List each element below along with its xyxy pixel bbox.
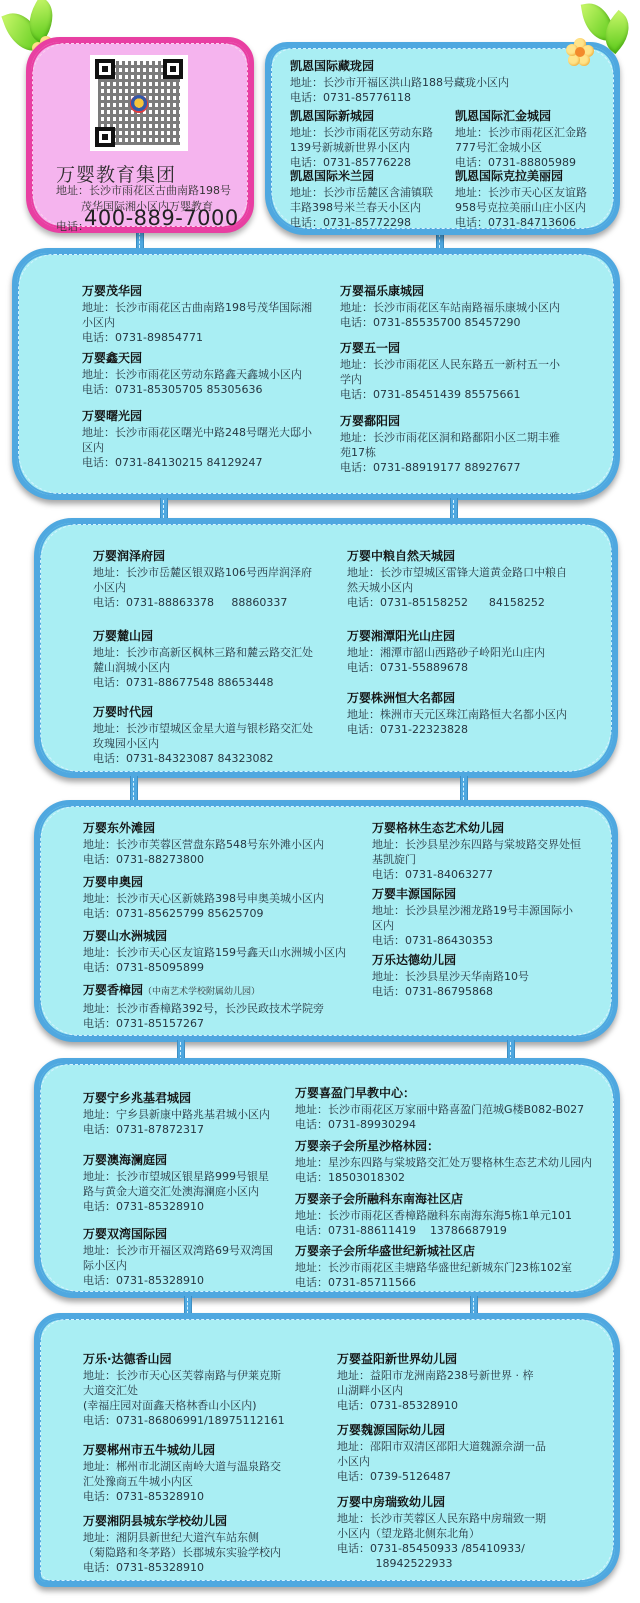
entry-address: 地址：长沙市雨花区劳动东路	[290, 125, 433, 140]
entry-address: 区内	[372, 918, 573, 933]
entry-address: 小区内	[93, 580, 312, 595]
kindergarten-entry: 凯恩国际汇金城园 地址：长沙市雨花区汇金路 777号汇金城小区 电话：0731-…	[455, 108, 587, 170]
entry-name: 万婴澳海澜庭园	[83, 1152, 269, 1168]
entry-phone: 电话：0731-85535700 85457290	[340, 315, 560, 330]
entry-address: 地址：长沙市开福区洪山路188号藏珑小区内	[290, 75, 509, 90]
kindergarten-entry: 万婴山水洲城园 地址：长沙市天心区友谊路159号鑫天山水洲城小区内 电话：073…	[83, 928, 346, 975]
entry-address: 地址：郴州市北湖区南岭大道与温泉路交	[83, 1459, 281, 1474]
entry-phone: 电话：0731-85328910	[337, 1398, 533, 1413]
entry-phone: 电话：0731-85157267	[83, 1016, 324, 1031]
entry-address: 地址：长沙市岳麓区银双路106号西岸润泽府	[93, 565, 312, 580]
kindergarten-entry: 万婴株洲恒大名都园 地址：株洲市天元区珠江南路恒大名都小区内 电话：0731-2…	[347, 690, 567, 737]
org-name: 万婴教育集团	[56, 160, 176, 187]
entry-name: 万婴宁乡兆基君城园	[83, 1090, 270, 1106]
entry-address: 然天城小区内	[347, 580, 567, 595]
kindergarten-entry: 万婴润泽府园 地址：长沙市岳麓区银双路106号西岸润泽府 小区内 电话：0731…	[93, 548, 312, 610]
entry-phone: 电话：0731-85625799 85625709	[83, 906, 324, 921]
entry-address: 地址：星沙东四路与棠坡路交汇处万婴格林生态艺术幼儿园内	[295, 1155, 592, 1170]
entry-name: 万婴湘潭阳光山庄园	[347, 628, 545, 644]
entry-name: 凯恩国际新城园	[290, 108, 433, 124]
kindergarten-entry: 万婴双湾国际园 地址：长沙市开福区双湾路69号双湾国 际小区内 电话：0731-…	[83, 1226, 273, 1288]
kindergarten-entry: 万婴麓山园 地址：长沙市高新区枫林三路和麓云路交汇处 麓山润城小区内 电话：07…	[93, 628, 313, 690]
entry-name: 万婴香樟园	[83, 983, 143, 997]
entry-address: 地址：长沙市天心区芙蓉南路与伊莱克斯	[83, 1368, 285, 1383]
org-phone: 400-889-7000	[84, 206, 239, 230]
entry-address: 地址：长沙市雨花区劳动东路鑫天鑫城小区内	[82, 367, 302, 382]
entry-name: 万婴湘阴县城东学校幼儿园	[83, 1513, 281, 1529]
entry-name: 万婴鄱阳园	[340, 413, 560, 429]
entry-address: 小区内（望龙路北侧东北角）	[337, 1526, 546, 1541]
kindergarten-entry: 万乐·达德香山园 地址：长沙市天心区芙蓉南路与伊莱克斯 大道交汇处 (幸福庄园对…	[83, 1351, 285, 1428]
kindergarten-entry: 万婴魏源国际幼儿园 地址：邵阳市双清区邵阳大道魏源佘湖一品 小区内 电话：073…	[337, 1422, 546, 1484]
entry-address: 地址：长沙市雨花区车站南路福乐康城小区内	[340, 300, 560, 315]
entry-phone: 电话：0731-85305705 85305636	[82, 382, 302, 397]
entry-phone: 电话：0731-85095899	[83, 960, 346, 975]
entry-name: 万婴东外滩园	[83, 820, 324, 836]
entry-name: 万婴喜盈门早教中心：	[295, 1085, 584, 1101]
entry-address: 地址：长沙市雨花区汇金路	[455, 125, 587, 140]
entry-address: 777号汇金城小区	[455, 140, 587, 155]
kindergarten-entry: 万婴湘阴县城东学校幼儿园 地址：湘阴县新世纪大道汽车站东侧 （菊隐路和冬茅路）长…	[83, 1513, 281, 1575]
entry-address: 地址：长沙市雨花区万家丽中路喜盈门范城G楼B082-B027	[295, 1102, 584, 1117]
entry-address: 地址：长沙市望城区雷锋大道黄金路口中粮自	[347, 565, 567, 580]
entry-phone: 电话：0731-88677548 88653448	[93, 675, 313, 690]
entry-address: 麓山润城小区内	[93, 660, 313, 675]
entry-address: 地址：长沙市望城区金星大道与银杉路交汇处	[93, 721, 313, 736]
entry-phone: 电话：0731-84713606	[455, 215, 587, 230]
flower-icon	[566, 38, 594, 66]
entry-address: 地址：长沙市天心区友谊路159号鑫天山水洲城小区内	[83, 945, 346, 960]
entry-address: 基凯旋门	[372, 852, 581, 867]
entry-phone: 电话：0731-88273800	[83, 852, 324, 867]
entry-address: 学内	[340, 372, 560, 387]
entry-name: 万婴郴州市五牛城幼儿园	[83, 1442, 281, 1458]
kindergarten-entry: 万乐达德幼儿园 地址：长沙县星沙天华南路10号 电话：0731-86795868	[372, 952, 529, 999]
logo-icon	[130, 95, 148, 113]
entry-name: 万婴鑫天园	[82, 350, 302, 366]
kindergarten-entry: 万婴喜盈门早教中心： 地址：长沙市雨花区万家丽中路喜盈门范城G楼B082-B02…	[295, 1085, 584, 1132]
entry-address: 大道交汇处	[83, 1383, 285, 1398]
entry-name: 万婴益阳新世界幼儿园	[337, 1351, 533, 1367]
entry-address: 地址：长沙市香樟路392号，长沙民政技术学院旁	[83, 1001, 324, 1016]
entry-phone: 电话：0739-5126487	[337, 1469, 546, 1484]
entry-address: 139号新城新世界小区内	[290, 140, 433, 155]
entry-address: 地址：长沙市雨花区曙光中路248号曙光大邸小	[82, 425, 312, 440]
entry-address: 地址：长沙市雨花区圭塘路华盛世纪新城东门23栋102室	[295, 1260, 572, 1275]
entry-address: 地址：长沙县星沙湘龙路19号丰源国际小	[372, 903, 573, 918]
entry-address: 地址：长沙市望城区银星路999号银星	[83, 1169, 269, 1184]
entry-note: （中南艺术学校附属幼儿园）	[143, 987, 260, 997]
entry-address: 小区内	[337, 1454, 546, 1469]
panel-connector	[136, 230, 144, 250]
entry-name: 凯恩国际克拉美丽园	[455, 168, 587, 184]
entry-phone: 电话：18503018302	[295, 1170, 592, 1185]
kindergarten-entry: 万婴曙光园 地址：长沙市雨花区曙光中路248号曙光大邸小 区内 电话：0731-…	[82, 408, 312, 470]
entry-address: 地址：长沙市雨花区香樟路融科东南海东海5栋1单元101	[295, 1208, 572, 1223]
kindergarten-entry: 万婴亲子会所星沙格林园： 地址：星沙东四路与棠坡路交汇处万婴格林生态艺术幼儿园内…	[295, 1138, 592, 1185]
entry-address: 路与黄金大道交汇处澳海澜庭小区内	[83, 1184, 269, 1199]
entry-name: 万婴亲子会所星沙格林园：	[295, 1138, 592, 1154]
entry-name: 万婴曙光园	[82, 408, 312, 424]
entry-phone: 电话：0731-86806991/18975112161	[83, 1413, 285, 1428]
entry-phone: 电话：0731-85328910	[83, 1560, 281, 1575]
entry-name: 万婴五一园	[340, 340, 560, 356]
entry-name: 万婴润泽府园	[93, 548, 312, 564]
entry-name: 万婴亲子会所华盛世纪新城社区店	[295, 1243, 572, 1259]
entry-address: 丰路398号米兰春天小区内	[290, 200, 433, 215]
kindergarten-entry: 万婴郴州市五牛城幼儿园 地址：郴州市北湖区南岭大道与温泉路交 汇处豫商五牛城小内…	[83, 1442, 281, 1504]
entry-address: 958号克拉美丽山庄小区内	[455, 200, 587, 215]
entry-address: 地址：株洲市天元区珠江南路恒大名都小区内	[347, 707, 567, 722]
entry-phone: 电话：0731-84130215 84129247	[82, 455, 312, 470]
entry-name: 万婴双湾国际园	[83, 1226, 273, 1242]
kindergarten-entry: 万婴中房瑞致幼儿园 地址：长沙市芙蓉区人民东路中房瑞致一期 小区内（望龙路北侧东…	[337, 1494, 546, 1571]
entry-phone: 18942522933	[337, 1556, 546, 1571]
entry-name: 万婴中粮自然天城园	[347, 548, 567, 564]
entry-address: 地址：长沙市天心区新姚路398号申奥美城小区内	[83, 891, 324, 906]
entry-address: 地址：邵阳市双清区邵阳大道魏源佘湖一品	[337, 1439, 546, 1454]
entry-phone: 电话：0731-85451439 85575661	[340, 387, 560, 402]
entry-phone: 电话：0731-86795868	[372, 984, 529, 999]
entry-phone: 电话：0731-22323828	[347, 722, 567, 737]
kindergarten-entry: 凯恩国际米兰园 地址：长沙市岳麓区含浦镇联 丰路398号米兰春天小区内 电话：0…	[290, 168, 433, 230]
entry-phone: 电话：0731-85450933 /85410933/	[337, 1541, 546, 1556]
kindergarten-entry: 万婴益阳新世界幼儿园 地址：益阳市龙洲南路238号新世界 · 梓 山湖畔小区内 …	[337, 1351, 533, 1413]
entry-address: (幸福庄园对面鑫天格林香山小区内)	[83, 1398, 285, 1413]
kindergarten-entry: 万婴时代园 地址：长沙市望城区金星大道与银杉路交汇处 玫瑰园小区内 电话：073…	[93, 704, 313, 766]
entry-address: 地址：长沙市雨花区人民东路五一新村五一小	[340, 357, 560, 372]
entry-name: 万婴魏源国际幼儿园	[337, 1422, 546, 1438]
entry-name: 万乐达德幼儿园	[372, 952, 529, 968]
entry-address: 地址：长沙市开福区双湾路69号双湾国	[83, 1243, 273, 1258]
entry-phone: 电话：0731-84323087 84323082	[93, 751, 313, 766]
entry-name: 万乐·达德香山园	[83, 1351, 285, 1367]
entry-address: 山湖畔小区内	[337, 1383, 533, 1398]
entry-name: 万婴时代园	[93, 704, 313, 720]
entry-phone: 电话：0731-85328910	[83, 1489, 281, 1504]
kindergarten-entry: 万婴香樟园（中南艺术学校附属幼儿园） 地址：长沙市香樟路392号，长沙民政技术学…	[83, 982, 324, 1031]
entry-address: 区内	[82, 440, 312, 455]
kindergarten-entry: 万婴中粮自然天城园 地址：长沙市望城区雷锋大道黄金路口中粮自 然天城小区内 电话…	[347, 548, 567, 610]
entry-address: 地址：益阳市龙洲南路238号新世界 · 梓	[337, 1368, 533, 1383]
kindergarten-entry: 万婴鄱阳园 地址：长沙市雨花区洞和路鄱阳小区二期丰雅 苑17栋 电话：0731-…	[340, 413, 560, 475]
kindergarten-entry: 凯恩国际克拉美丽园 地址：长沙市天心区友谊路 958号克拉美丽山庄小区内 电话：…	[455, 168, 587, 230]
entry-address: 汇处豫商五牛城小内区	[83, 1474, 281, 1489]
panel-connector	[130, 776, 138, 802]
kindergarten-entry: 凯恩国际藏珑园 地址：长沙市开福区洪山路188号藏珑小区内 电话：0731-85…	[290, 58, 509, 105]
entry-name: 万婴茂华园	[82, 283, 312, 299]
panel-connector	[450, 498, 458, 520]
entry-address: 际小区内	[83, 1258, 273, 1273]
entry-address: 地址：长沙市高新区枫林三路和麓云路交汇处	[93, 645, 313, 660]
kindergarten-entry: 万婴申奥园 地址：长沙市天心区新姚路398号申奥美城小区内 电话：0731-85…	[83, 874, 324, 921]
entry-phone: 电话：0731-85328910	[83, 1273, 273, 1288]
entry-address: （菊隐路和冬茅路）长郡城东实验学校内	[83, 1545, 281, 1560]
entry-phone: 电话：0731-85776118	[290, 90, 509, 105]
kindergarten-entry: 万婴亲子会所融科东南海社区店 地址：长沙市雨花区香樟路融科东南海东海5栋1单元1…	[295, 1191, 572, 1238]
org-address-line1: 地址：长沙市雨花区古曲南路198号	[56, 184, 231, 198]
entry-phone: 电话：0731-88863378 88860337	[93, 595, 312, 610]
entry-phone: 电话：0731-85711566	[295, 1275, 572, 1290]
entry-name: 万婴申奥园	[83, 874, 324, 890]
kindergarten-entry: 万婴鑫天园 地址：长沙市雨花区劳动东路鑫天鑫城小区内 电话：0731-85305…	[82, 350, 302, 397]
entry-phone: 电话：0731-88611419 13786687919	[295, 1223, 572, 1238]
entry-phone: 电话：0731-84063277	[372, 867, 581, 882]
entry-phone: 电话：0731-85158252 84158252	[347, 595, 567, 610]
entry-address: 地址：湘阴县新世纪大道汽车站东侧	[83, 1530, 281, 1545]
qr-code-icon	[90, 55, 188, 151]
entry-name: 万婴麓山园	[93, 628, 313, 644]
entry-name: 万婴中房瑞致幼儿园	[337, 1494, 546, 1510]
entry-address: 地址：长沙市芙蓉区营盘东路548号东外滩小区内	[83, 837, 324, 852]
entry-phone: 电话：0731-87872317	[83, 1122, 270, 1137]
kindergarten-entry: 万婴格林生态艺术幼儿园 地址：长沙县星沙东四路与棠坡路交界处恒 基凯旋门 电话：…	[372, 820, 581, 882]
entry-address: 地址：长沙市岳麓区含浦镇联	[290, 185, 433, 200]
panel-connector	[460, 776, 468, 802]
entry-address: 地址：长沙县星沙天华南路10号	[372, 969, 529, 984]
kindergarten-entry: 凯恩国际新城园 地址：长沙市雨花区劳动东路 139号新城新世界小区内 电话：07…	[290, 108, 433, 170]
entry-phone: 电话：0731-89930294	[295, 1117, 584, 1132]
entry-name: 凯恩国际汇金城园	[455, 108, 587, 124]
entry-address: 地址：宁乡县新康中路兆基君城小区内	[83, 1107, 270, 1122]
entry-name: 凯恩国际藏珑园	[290, 58, 509, 74]
entry-address: 苑17栋	[340, 445, 560, 460]
kindergarten-entry: 万婴东外滩园 地址：长沙市芙蓉区营盘东路548号东外滩小区内 电话：0731-8…	[83, 820, 324, 867]
entry-phone: 电话：0731-85328910	[83, 1199, 269, 1214]
entry-phone: 电话：0731-89854771	[82, 330, 312, 345]
entry-address: 玫瑰园小区内	[93, 736, 313, 751]
entry-phone: 电话：0731-86430353	[372, 933, 573, 948]
entry-address: 地址：长沙县星沙东四路与棠坡路交界处恒	[372, 837, 581, 852]
entry-address: 地址：湘潭市韶山西路砂子岭阳光山庄内	[347, 645, 545, 660]
entry-name: 凯恩国际米兰园	[290, 168, 433, 184]
entry-name: 万婴山水洲城园	[83, 928, 346, 944]
entry-address: 地址：长沙市雨花区洞和路鄱阳小区二期丰雅	[340, 430, 560, 445]
entry-address: 地址：长沙市雨花区古曲南路198号茂华国际湘	[82, 300, 312, 315]
entry-address: 小区内	[82, 315, 312, 330]
kindergarten-entry: 万婴宁乡兆基君城园 地址：宁乡县新康中路兆基君城小区内 电话：0731-8787…	[83, 1090, 270, 1137]
kindergarten-entry: 万婴五一园 地址：长沙市雨花区人民东路五一新村五一小 学内 电话：0731-85…	[340, 340, 560, 402]
entry-name: 万婴丰源国际园	[372, 886, 573, 902]
entry-name: 万婴福乐康城园	[340, 283, 560, 299]
kindergarten-entry: 万婴福乐康城园 地址：长沙市雨花区车站南路福乐康城小区内 电话：0731-855…	[340, 283, 560, 330]
entry-phone: 电话：0731-55889678	[347, 660, 545, 675]
kindergarten-entry: 万婴澳海澜庭园 地址：长沙市望城区银星路999号银星 路与黄金大道交汇处澳海澜庭…	[83, 1152, 269, 1214]
kindergarten-entry: 万婴亲子会所华盛世纪新城社区店 地址：长沙市雨花区圭塘路华盛世纪新城东门23栋1…	[295, 1243, 572, 1290]
entry-phone: 电话：0731-85772298	[290, 215, 433, 230]
kindergarten-entry: 万婴丰源国际园 地址：长沙县星沙湘龙路19号丰源国际小 区内 电话：0731-8…	[372, 886, 573, 948]
entry-address: 地址：长沙市天心区友谊路	[455, 185, 587, 200]
entry-name: 万婴株洲恒大名都园	[347, 690, 567, 706]
entry-phone: 电话：0731-88919177 88927677	[340, 460, 560, 475]
entry-name: 万婴亲子会所融科东南海社区店	[295, 1191, 572, 1207]
kindergarten-entry: 万婴茂华园 地址：长沙市雨花区古曲南路198号茂华国际湘 小区内 电话：0731…	[82, 283, 312, 345]
entry-name: 万婴格林生态艺术幼儿园	[372, 820, 581, 836]
panel-connector	[160, 498, 168, 520]
kindergarten-entry: 万婴湘潭阳光山庄园 地址：湘潭市韶山西路砂子岭阳光山庄内 电话：0731-558…	[347, 628, 545, 675]
entry-address: 地址：长沙市芙蓉区人民东路中房瑞致一期	[337, 1511, 546, 1526]
